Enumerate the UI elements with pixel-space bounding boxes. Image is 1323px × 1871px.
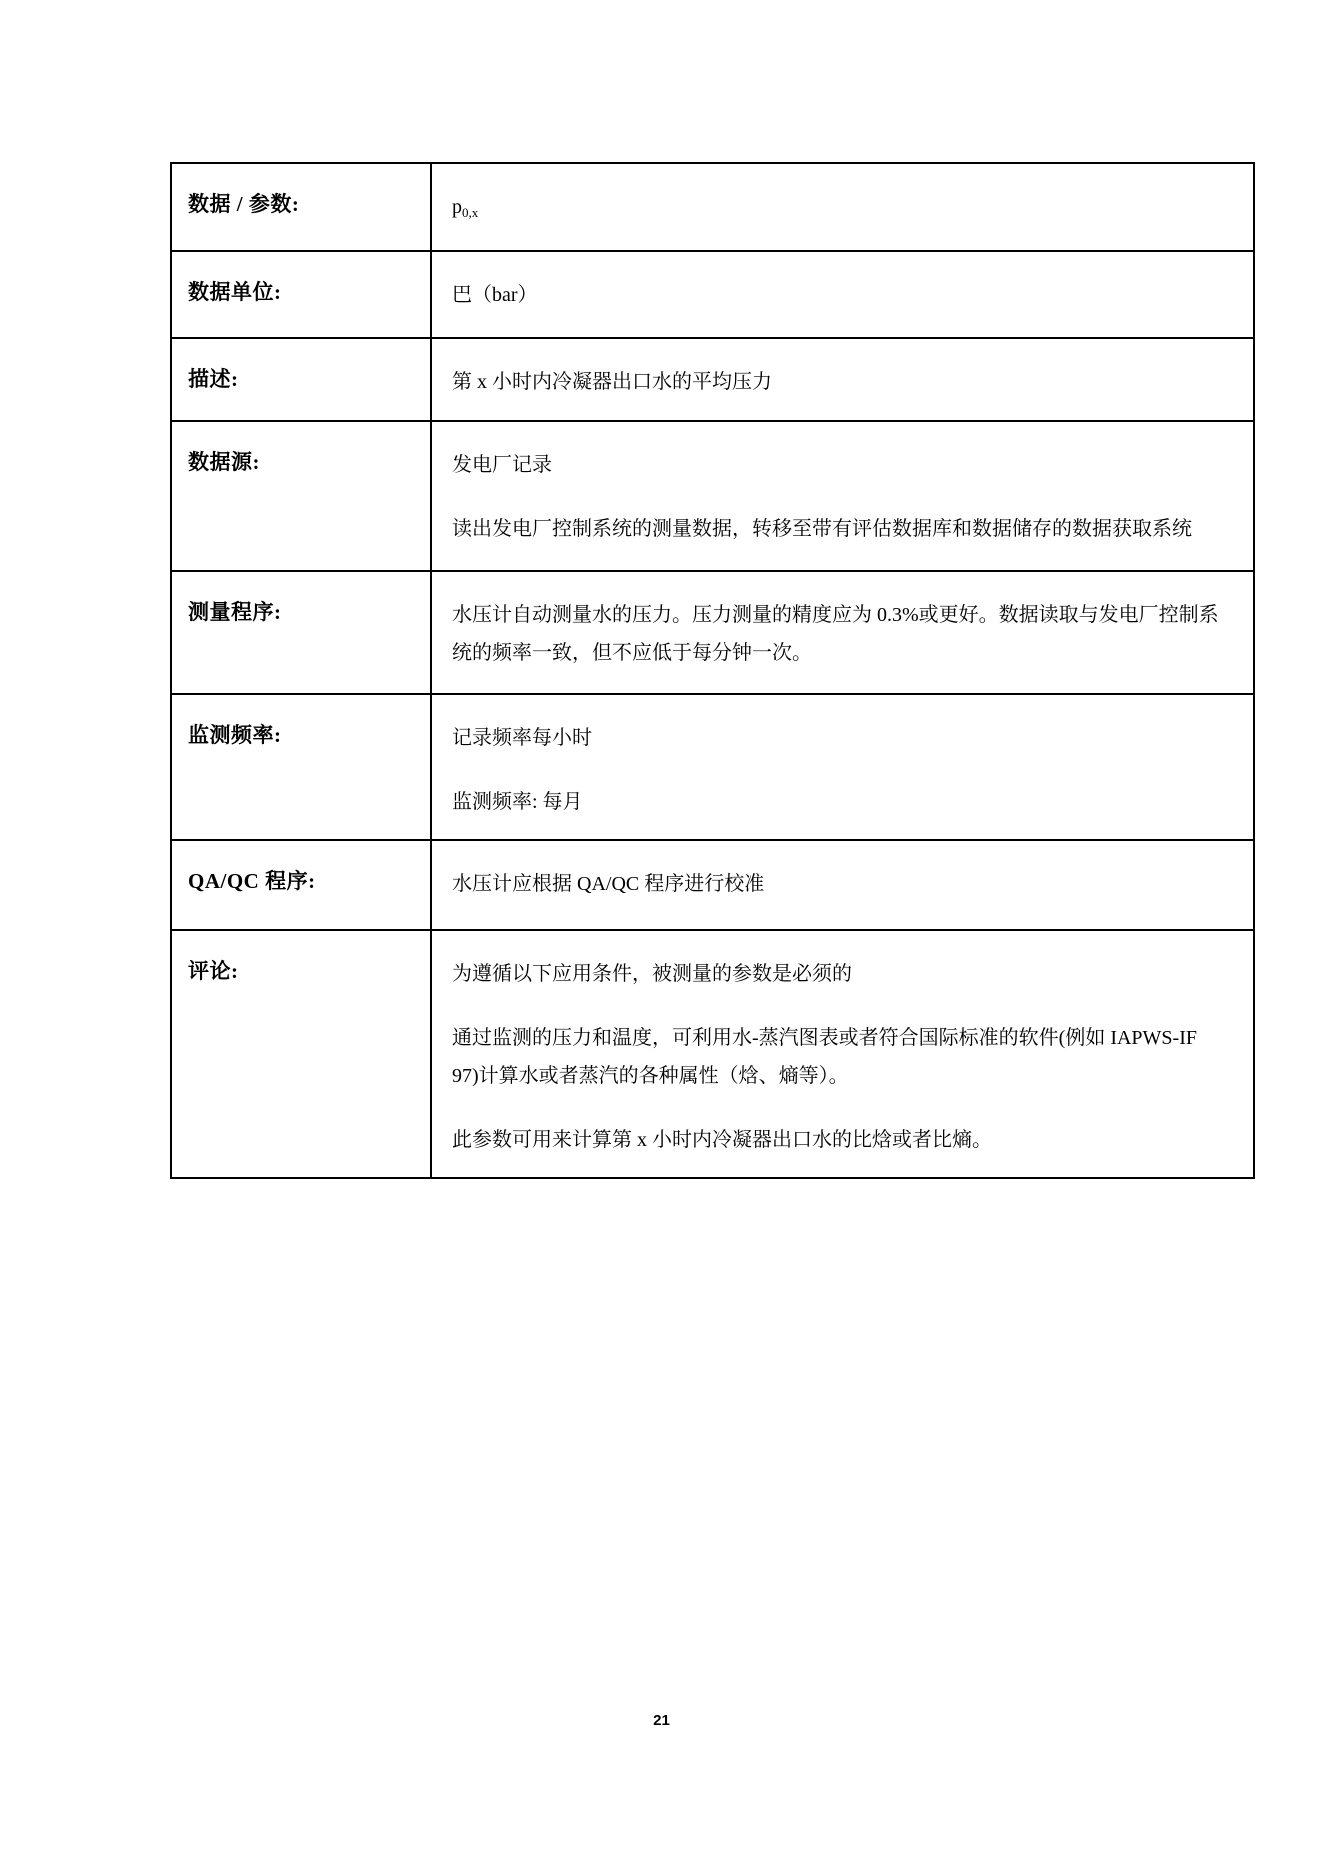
table-row-comments: 评论: 为遵循以下应用条件，被测量的参数是必须的 通过监测的压力和温度，可利用水… [172,931,1253,1177]
document-page: 数据 / 参数: p0,x 数据单位: 巴（bar） 描述: 第 x 小时内冷凝… [0,0,1323,1871]
row-label: 测量程序: [172,572,432,693]
row-value-text: 水压计自动测量水的压力。压力测量的精度应为 0.3%或更好。数据读取与发电厂控制… [452,596,1225,672]
table-row-description: 描述: 第 x 小时内冷凝器出口水的平均压力 [172,339,1253,422]
parameter-symbol-base: p [452,196,462,218]
row-label: QA/QC 程序: [172,841,432,929]
table-row-monitoring-frequency: 监测频率: 记录频率每小时 监测频率: 每月 [172,695,1253,841]
parameter-symbol-subscript: 0,x [462,205,478,220]
parameter-table: 数据 / 参数: p0,x 数据单位: 巴（bar） 描述: 第 x 小时内冷凝… [170,162,1255,1179]
row-value: 为遵循以下应用条件，被测量的参数是必须的 通过监测的压力和温度，可利用水-蒸汽图… [432,931,1253,1177]
row-label: 数据源: [172,422,432,570]
row-value-text: 读出发电厂控制系统的测量数据，转移至带有评估数据库和数据储存的数据获取系统 [452,510,1225,548]
row-value-text: 为遵循以下应用条件，被测量的参数是必须的 [452,955,1225,993]
row-value-text: 巴（bar） [452,276,1225,314]
row-label: 数据 / 参数: [172,164,432,250]
page-number: 21 [0,1712,1323,1729]
row-value-text: 通过监测的压力和温度，可利用水-蒸汽图表或者符合国际标准的软件(例如 IAPWS… [452,1019,1225,1095]
row-value: 记录频率每小时 监测频率: 每月 [432,695,1253,839]
row-value-text: 水压计应根据 QA/QC 程序进行校准 [452,865,1225,903]
row-label: 描述: [172,339,432,420]
table-row-qaqc-procedure: QA/QC 程序: 水压计应根据 QA/QC 程序进行校准 [172,841,1253,931]
row-value: 第 x 小时内冷凝器出口水的平均压力 [432,339,1253,420]
table-row-data-parameter: 数据 / 参数: p0,x [172,164,1253,252]
row-value-text: 监测频率: 每月 [452,783,1225,821]
table-row-data-unit: 数据单位: 巴（bar） [172,252,1253,339]
row-value-text: 发电厂记录 [452,446,1225,484]
row-label: 评论: [172,931,432,1177]
row-value: 发电厂记录 读出发电厂控制系统的测量数据，转移至带有评估数据库和数据储存的数据获… [432,422,1253,570]
table-row-data-source: 数据源: 发电厂记录 读出发电厂控制系统的测量数据，转移至带有评估数据库和数据储… [172,422,1253,572]
row-value-text: 记录频率每小时 [452,719,1225,757]
row-value: 水压计应根据 QA/QC 程序进行校准 [432,841,1253,929]
parameter-symbol: p0,x [452,188,1225,226]
row-label: 数据单位: [172,252,432,337]
row-value: p0,x [432,164,1253,250]
row-label: 监测频率: [172,695,432,839]
row-value-text: 此参数可用来计算第 x 小时内冷凝器出口水的比焓或者比熵。 [452,1121,1225,1159]
table-row-measurement-procedure: 测量程序: 水压计自动测量水的压力。压力测量的精度应为 0.3%或更好。数据读取… [172,572,1253,695]
row-value-text: 第 x 小时内冷凝器出口水的平均压力 [452,363,1225,401]
row-value: 水压计自动测量水的压力。压力测量的精度应为 0.3%或更好。数据读取与发电厂控制… [432,572,1253,693]
row-value: 巴（bar） [432,252,1253,337]
